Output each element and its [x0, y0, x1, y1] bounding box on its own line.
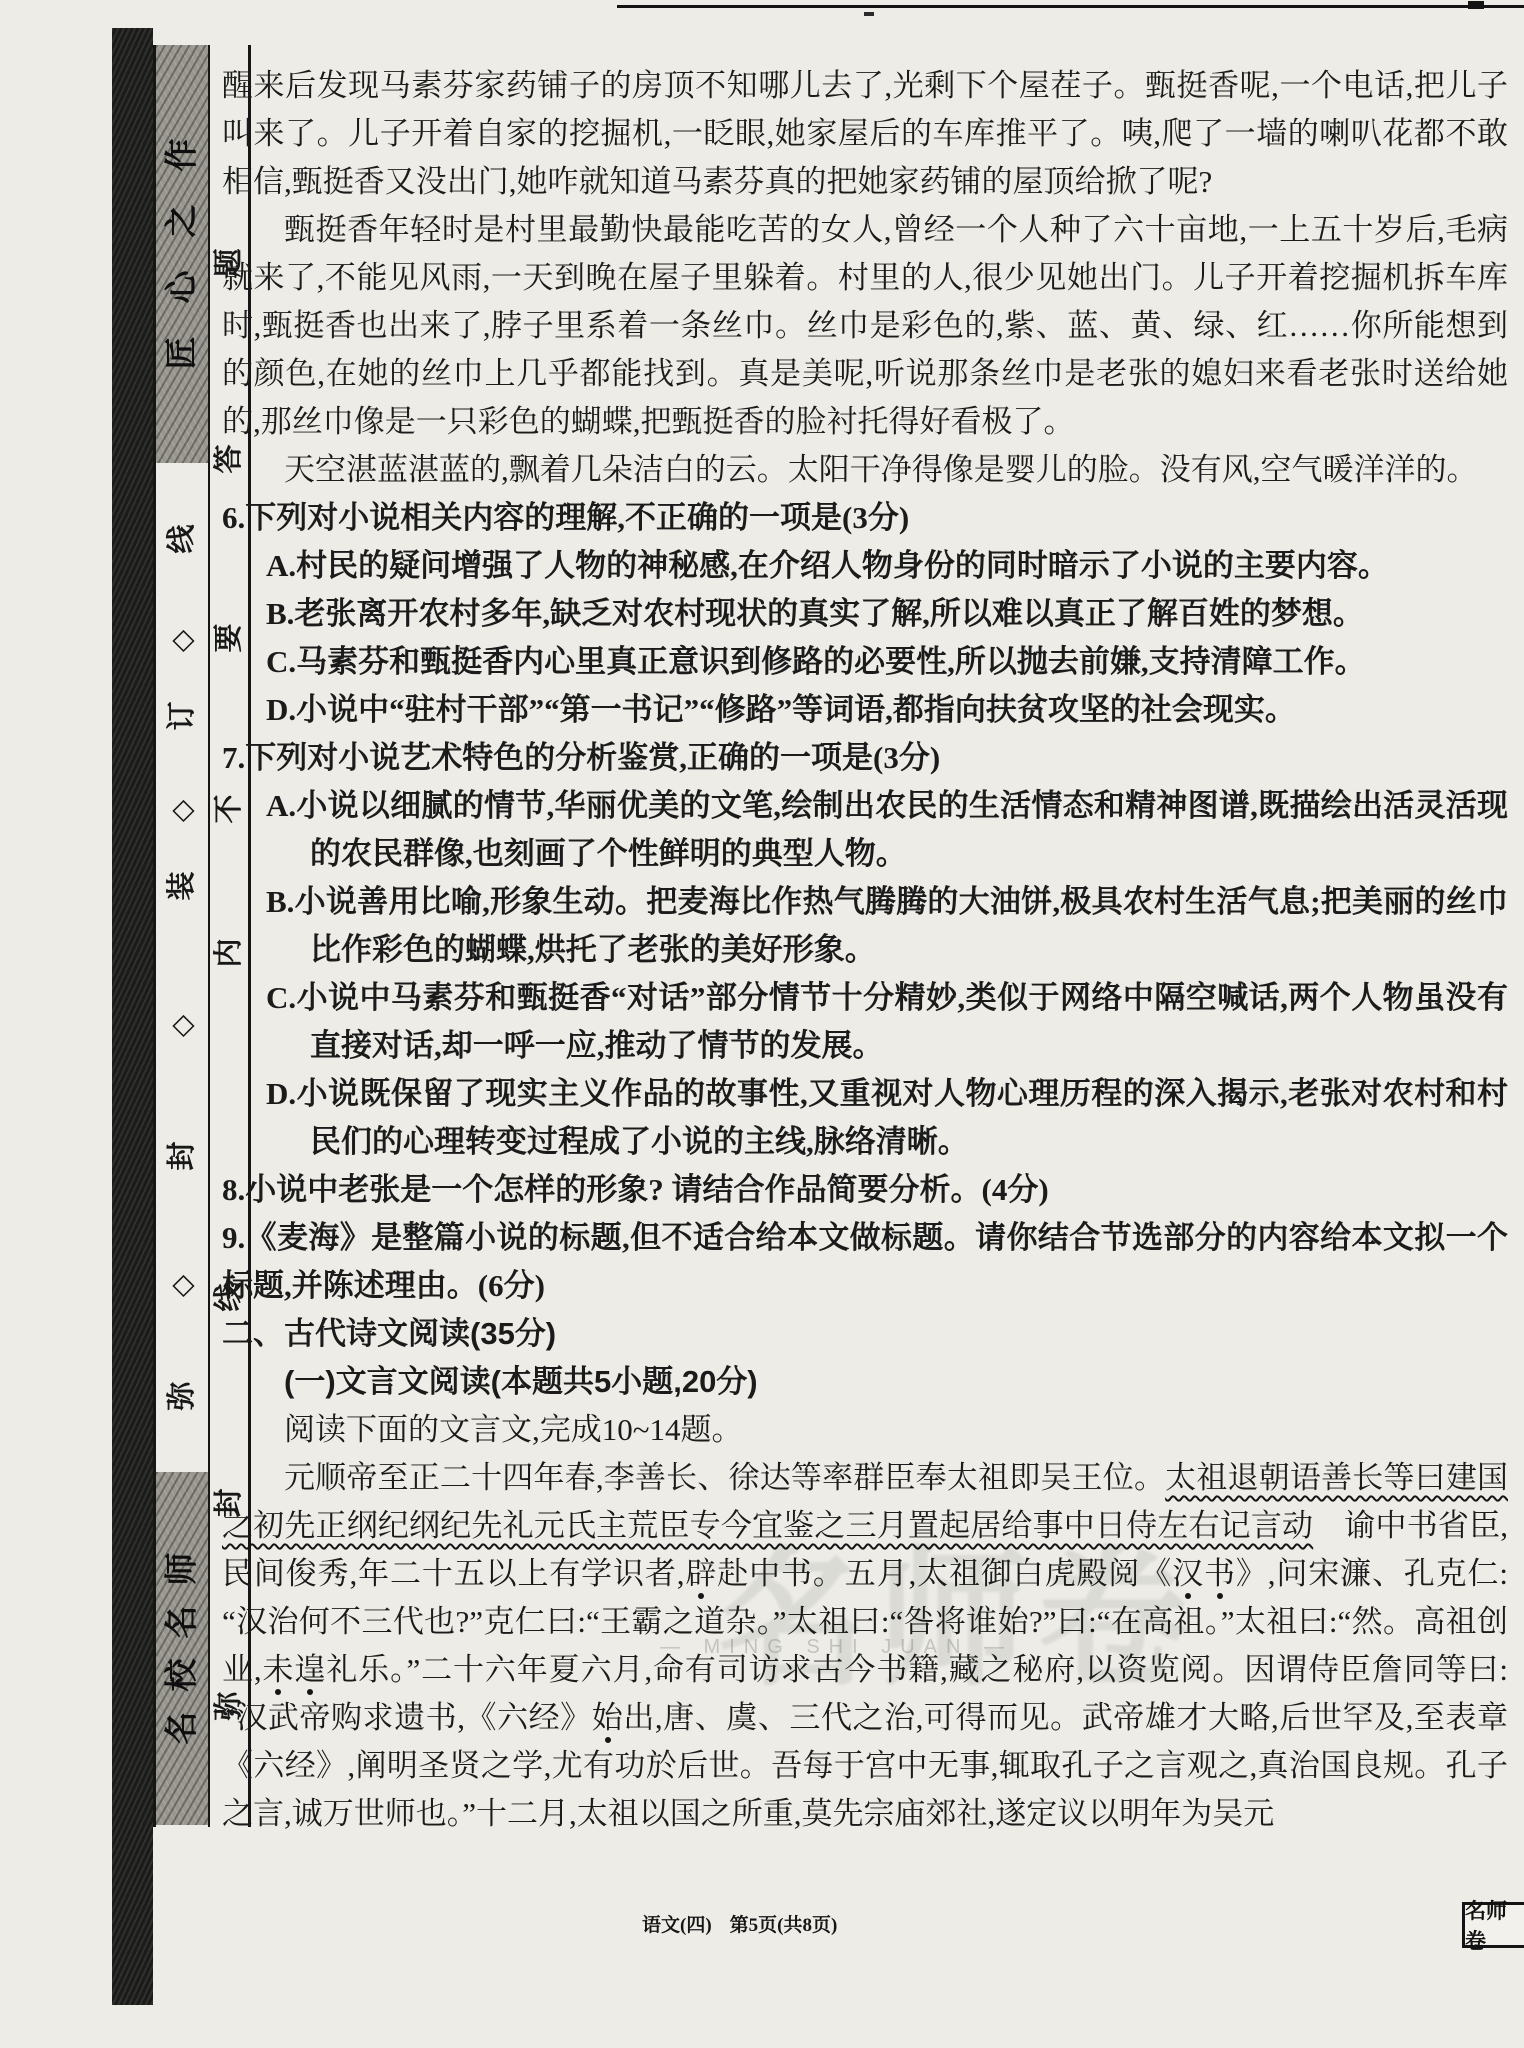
- text-segment: 8.小说中老张是一个怎样的形象? 请结合作品简要分析。(4分): [222, 1172, 1049, 1207]
- text-segment: C.小说中马素芬和甄挺香“对话”部分情节十分精妙,类似于网络中隔空喊话,两个人物…: [266, 980, 1508, 1063]
- seal-char: 封: [166, 1130, 198, 1182]
- section-2-heading: 二、古代诗文阅读(35分): [222, 1310, 1508, 1358]
- main-text-column: 醒来后发现马素芬家药铺子的房顶不知哪儿去了,光剩下个屋茬子。甄挺香呢,一个电话,…: [222, 62, 1508, 1838]
- text-segment: 甄挺香年轻时是村里最勤快最能吃苦的女人,曾经一个人种了六十亩地,一上五十岁后,毛…: [222, 212, 1508, 439]
- emphasized-char: 汉: [1172, 1556, 1204, 1591]
- question-7-option-d: D.小说既保留了现实主义作品的故事性,又重视对人物心理历程的深入揭示,老张对农村…: [310, 1070, 1508, 1166]
- seal-char: 线: [166, 513, 198, 565]
- text-segment: B.老张离开农村多年,缺乏对农村现状的真实了解,所以难以真正了解百姓的梦想。: [266, 596, 1364, 631]
- question-6-option-b: B.老张离开农村多年,缺乏对农村现状的真实了解,所以难以真正了解百姓的梦想。: [310, 590, 1508, 638]
- question-7-option-b: B.小说善用比喻,形象生动。把麦海比作热气腾腾的大油饼,极具农村生活气息;把美丽…: [310, 878, 1508, 974]
- question-6-stem: 6.下列对小说相关内容的理解,不正确的一项是(3分): [222, 494, 1508, 542]
- emphasized-char: 未: [262, 1652, 295, 1687]
- question-7-option-a: A.小说以细腻的情节,华丽优美的文笔,绘制出农民的生活情态和精神图谱,既描绘出活…: [310, 782, 1508, 878]
- question-7-option-c: C.小说中马素芬和甄挺香“对话”部分情节十分精妙,类似于网络中隔空喊话,两个人物…: [310, 974, 1508, 1070]
- text-segment: 元顺帝至正二十四年春,李善长、徐达等率群臣奉太祖即吴王位。: [284, 1460, 1165, 1495]
- section-2-1-heading: (一)文言文阅读(本题共5小题,20分): [222, 1358, 1508, 1406]
- text-segment: 天空湛蓝湛蓝的,飘着几朵洁白的云。太阳干净得像是婴儿的脸。没有风,空气暖洋洋的。: [284, 452, 1478, 487]
- top-corner-mark: [1468, 1, 1484, 9]
- question-7-stem: 7.下列对小说艺术特色的分析鉴赏,正确的一项是(3分): [222, 734, 1508, 782]
- question-6-option-d: D.小说中“驻村干部”“第一书记”“修路”等词语,都指向扶贫攻坚的社会现实。: [310, 686, 1508, 734]
- footer-page-number: 第5页(共8页): [730, 1910, 838, 1937]
- novel-paragraph-3: 天空湛蓝湛蓝的,飘着几朵洁白的云。太阳干净得像是婴儿的脸。没有风,空气暖洋洋的。: [222, 446, 1508, 494]
- exam-page: 作之心匠 师名校名 线◇订◇装◇封◇弥 题答要不内线封弥 名师卷 — MING …: [0, 0, 1524, 2048]
- top-scan-mark: [864, 12, 874, 16]
- text-segment: 二、古代诗文阅读(35分): [222, 1316, 556, 1351]
- top-partial-rule: [617, 5, 1524, 8]
- text-segment: (一)文言文阅读(本题共5小题,20分): [284, 1364, 758, 1399]
- seal-char: ◇: [166, 1260, 198, 1312]
- novel-paragraph-2: 甄挺香年轻时是村里最勤快最能吃苦的女人,曾经一个人种了六十亩地,一上五十岁后,毛…: [222, 206, 1508, 446]
- seal-char: ◇: [166, 785, 198, 837]
- text-segment: 阅读下面的文言文,完成10~14题。: [284, 1412, 743, 1447]
- text-segment: A.村民的疑问增强了人物的神秘感,在介绍人物身份的同时暗示了小说的主要内容。: [266, 548, 1389, 583]
- emphasized-char: 书: [1204, 1556, 1236, 1591]
- emphasized-char: 始: [592, 1700, 624, 1735]
- footer-subject: 语文(四): [642, 1910, 712, 1937]
- seal-column-outer: 线◇订◇装◇封◇弥: [156, 45, 208, 1827]
- seal-char: ◇: [166, 615, 198, 667]
- reading-instruction: 阅读下面的文言文,完成10~14题。: [222, 1406, 1508, 1454]
- seal-char: 装: [166, 860, 198, 912]
- text-segment: 醒来后发现马素芬家药铺子的房顶不知哪儿去了,光剩下个屋茬子。甄挺香呢,一个电话,…: [222, 68, 1508, 199]
- text-segment: D.小说中“驻村干部”“第一书记”“修路”等词语,都指向扶贫攻坚的社会现实。: [266, 692, 1296, 727]
- question-6-option-c: C.马素芬和甄挺香内心里真正意识到修路的必要性,所以抛去前嫌,支持清障工作。: [310, 638, 1508, 686]
- text-segment: C.马素芬和甄挺香内心里真正意识到修路的必要性,所以抛去前嫌,支持清障工作。: [266, 644, 1366, 679]
- text-segment: B.小说善用比喻,形象生动。把麦海比作热气腾腾的大油饼,极具农村生活气息;把美丽…: [266, 884, 1508, 967]
- text-segment: 6.下列对小说相关内容的理解,不正确的一项是(3分): [222, 500, 909, 535]
- novel-paragraph-1: 醒来后发现马素芬家药铺子的房顶不知哪儿去了,光剩下个屋茬子。甄挺香呢,一个电话,…: [222, 62, 1508, 206]
- question-6-option-a: A.村民的疑问增强了人物的神秘感,在介绍人物身份的同时暗示了小说的主要内容。: [310, 542, 1508, 590]
- page-footer: 语文(四) 第5页(共8页): [642, 1910, 837, 1937]
- emphasized-char: 遑: [294, 1652, 326, 1687]
- seal-char: ◇: [166, 1000, 198, 1052]
- seal-char: 弥: [166, 1370, 198, 1422]
- question-9-stem: 9.《麦海》是整篇小说的标题,但不适合给本文做标题。请你结合节选部分的内容给本文…: [222, 1214, 1508, 1310]
- text-segment: A.小说以细腻的情节,华丽优美的文笔,绘制出农民的生活情态和精神图谱,既描绘出活…: [266, 788, 1508, 871]
- emphasized-char: 辟: [685, 1556, 718, 1591]
- brand-badge: 名师卷: [1462, 1902, 1524, 1948]
- text-segment: 赴中书。五月,太祖御白虎殿阅《: [717, 1556, 1172, 1591]
- classical-passage: 元顺帝至正二十四年春,李善长、徐达等率群臣奉太祖即吴王位。太祖退朝语善长等曰建国…: [222, 1454, 1508, 1838]
- question-8-stem: 8.小说中老张是一个怎样的形象? 请结合作品简要分析。(4分): [222, 1166, 1508, 1214]
- seal-char: 订: [166, 690, 198, 742]
- text-segment: D.小说既保留了现实主义作品的故事性,又重视对人物心理历程的深入揭示,老张对农村…: [266, 1076, 1508, 1159]
- page-edge-shadow: [112, 28, 153, 2005]
- text-segment: 7.下列对小说艺术特色的分析鉴赏,正确的一项是(3分): [222, 740, 940, 775]
- text-segment: 9.《麦海》是整篇小说的标题,但不适合给本文做标题。请你结合节选部分的内容给本文…: [222, 1220, 1508, 1303]
